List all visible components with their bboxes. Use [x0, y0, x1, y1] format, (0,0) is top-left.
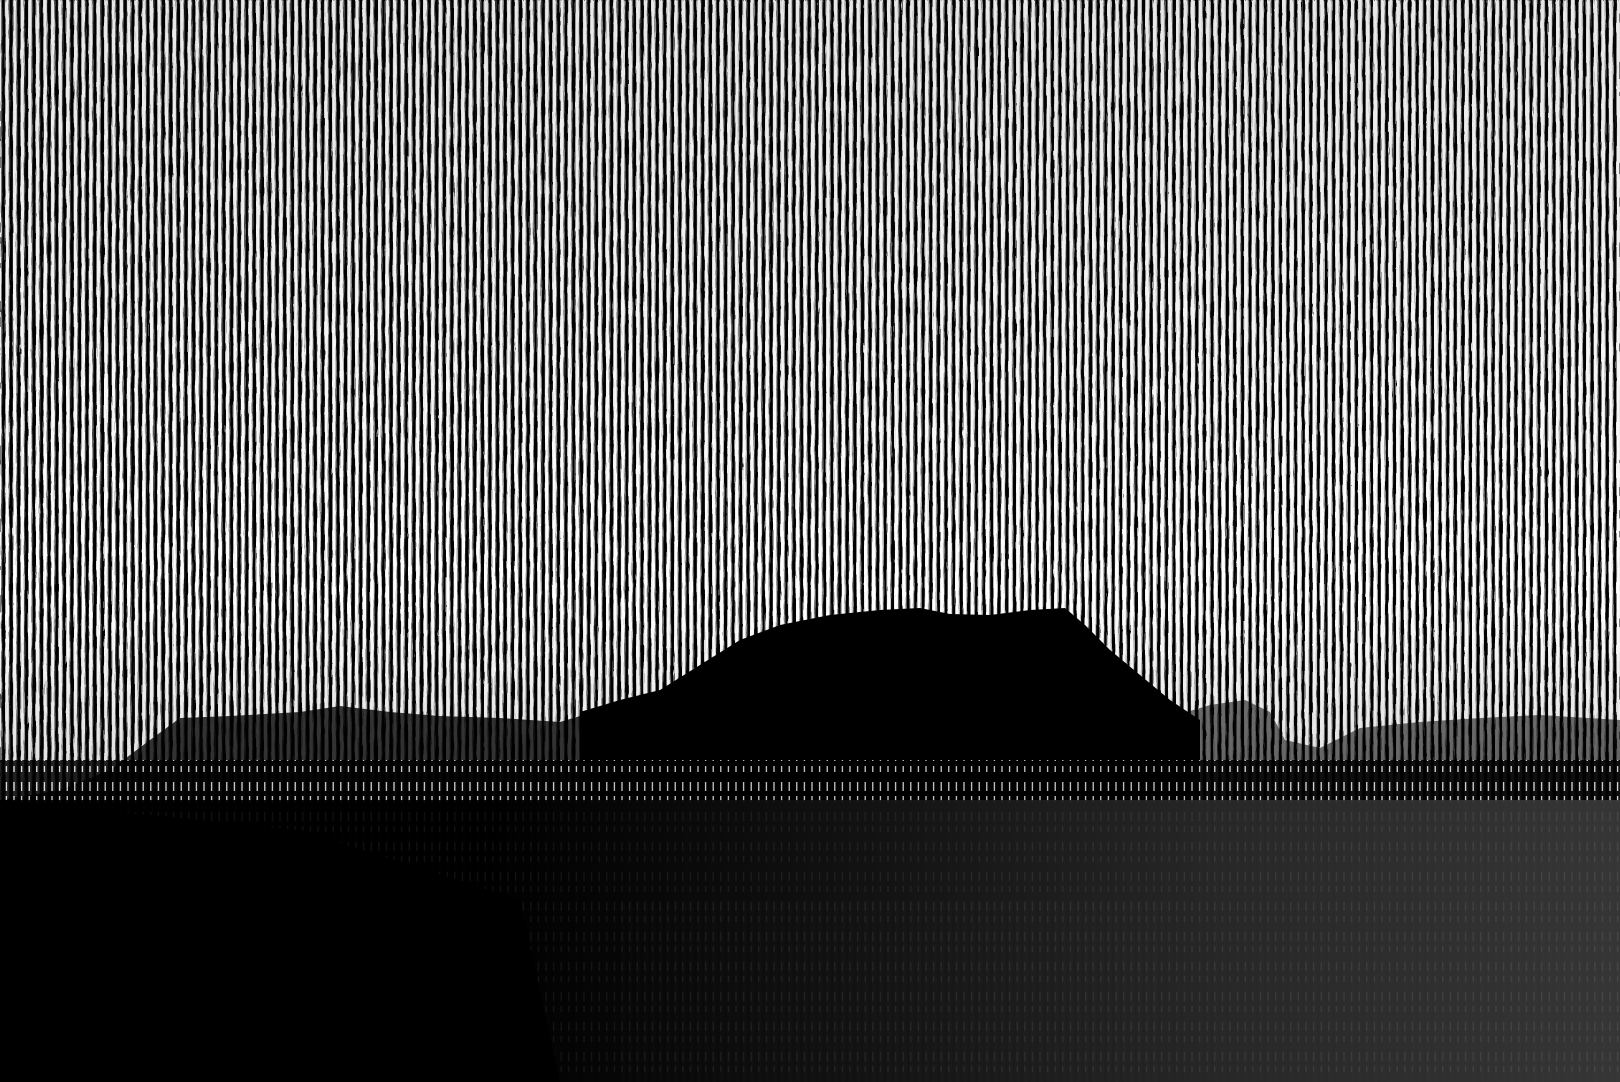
halftone-landscape-image	[0, 0, 1620, 1082]
